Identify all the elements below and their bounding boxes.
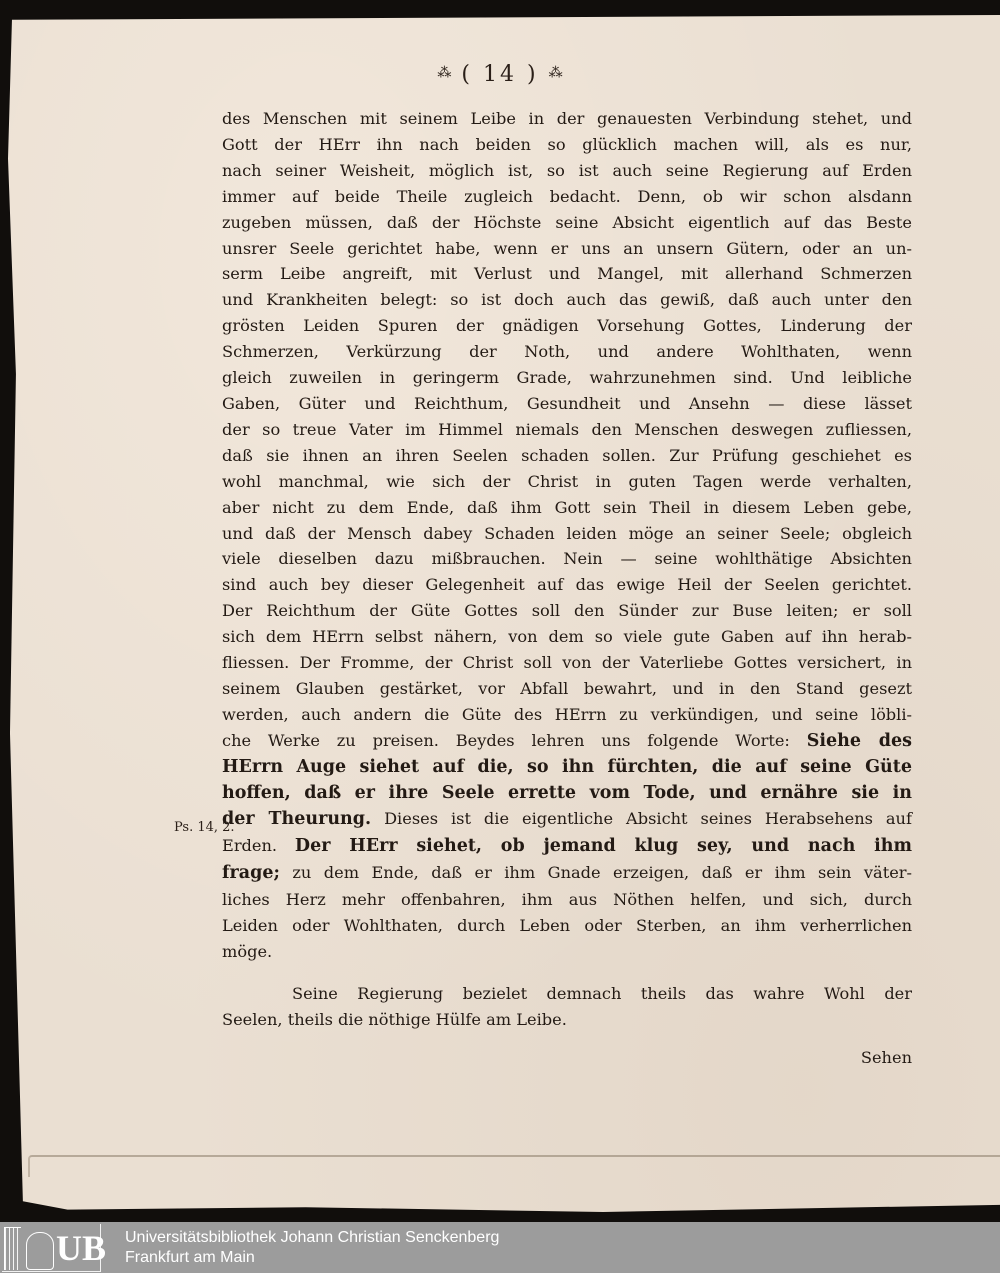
paper-damage-line <box>28 1155 1000 1177</box>
text-line: liches Herz mehr offenbahren, ihm aus Nö… <box>222 887 912 913</box>
portrait-bust-icon <box>26 1232 54 1270</box>
scripture-quote-line: hoffen, daß er ihre Seele errette vom To… <box>222 781 912 807</box>
text-line: sich dem HErrn selbst nähern, von dem so… <box>222 624 912 650</box>
text-line: möge. <box>222 939 912 965</box>
text-normal: che Werke zu preisen. Beydes lehren uns … <box>222 731 790 750</box>
text-line: Seine Regierung bezielet demnach theils … <box>222 981 912 1007</box>
text-line: der so treue Vater im Himmel niemals den… <box>222 417 912 443</box>
text-line: Gott der HErr ihn nach beiden so glückli… <box>222 132 912 158</box>
text-line: der Theurung. Dieses ist die eigentliche… <box>222 806 912 833</box>
page-header: ⁂ ( 14 ) ⁂ <box>0 62 1000 87</box>
text-line: che Werke zu preisen. Beydes lehren uns … <box>222 728 912 755</box>
institution-name: Universitätsbibliothek Johann Christian … <box>125 1228 499 1268</box>
scripture-quote-line: HErrn Auge siehet auf die, so ihn fürcht… <box>222 755 912 781</box>
scripture-quote: Siehe des <box>807 731 912 751</box>
text-line: seinem Glauben gestärket, vor Abfall bew… <box>222 676 912 702</box>
text-line: Schmerzen, Verkürzung der Noth, und ande… <box>222 339 912 365</box>
text-line: Seelen, theils die nöthige Hülfe am Leib… <box>222 1007 912 1033</box>
text-line: frage; zu dem Ende, daß er ihm Gnade erz… <box>222 860 912 887</box>
text-normal: zu dem Ende, daß er ihm Gnade erzeigen, … <box>292 863 912 882</box>
text-line: serm Leibe angreift, mit Verlust und Man… <box>222 261 912 287</box>
text-line: zugeben müssen, daß der Höchste seine Ab… <box>222 210 912 236</box>
paragraph-2: Seine Regierung bezielet demnach theils … <box>222 981 912 1033</box>
text-line: daß sie ihnen an ihren Seelen schaden so… <box>222 443 912 469</box>
text-line: aber nicht zu dem Ende, daß ihm Gott sei… <box>222 495 912 521</box>
body-text: des Menschen mit seinem Leibe in der gen… <box>222 106 912 1071</box>
text-line: fliessen. Der Fromme, der Christ soll vo… <box>222 650 912 676</box>
text-line: Erden. Der HErr siehet, ob jemand klug s… <box>222 833 912 860</box>
text-line: und Krankheiten belegt: so ist doch auch… <box>222 287 912 313</box>
institution-line-2: Frankfurt am Main <box>125 1248 499 1268</box>
text-line: sind auch bey dieser Gelegenheit auf das… <box>222 572 912 598</box>
pillars-icon <box>4 1227 21 1270</box>
page-number: ( 14 ) <box>461 62 538 87</box>
text-line: Gaben, Güter und Reichthum, Gesundheit u… <box>222 391 912 417</box>
text-line: werden, auch andern die Güte des HErrn z… <box>222 702 912 728</box>
text-normal: Erden. <box>222 836 277 855</box>
scripture-quote: der Theurung. <box>222 809 371 829</box>
scripture-quote: Der HErr siehet, ob jemand klug sey, und… <box>295 836 912 856</box>
text-line: nach seiner Weisheit, möglich ist, so is… <box>222 158 912 184</box>
text-line: wohl manchmal, wie sich der Christ in gu… <box>222 469 912 495</box>
text-line: gleich zuweilen in geringerm Grade, wahr… <box>222 365 912 391</box>
text-line: des Menschen mit seinem Leibe in der gen… <box>222 106 912 132</box>
scan-background: ⁂ ( 14 ) ⁂ Ps. 14, 2. des Menschen mit s… <box>0 0 1000 1222</box>
text-line: viele dieselben dazu mißbrauchen. Nein —… <box>222 546 912 572</box>
text-normal: Dieses ist die eigentliche Absicht seine… <box>384 809 912 828</box>
ornament-right-icon: ⁂ <box>549 65 563 81</box>
institution-line-1: Universitätsbibliothek Johann Christian … <box>125 1228 499 1248</box>
text-line: Leiden oder Wohlthaten, durch Leben oder… <box>222 913 912 939</box>
ub-logo[interactable]: UB <box>2 1224 101 1272</box>
text-line: immer auf beide Theile zugleich bedacht.… <box>222 184 912 210</box>
library-footer: UB Universitätsbibliothek Johann Christi… <box>0 1222 1000 1273</box>
scripture-quote: frage; <box>222 863 280 883</box>
catchword: Sehen <box>222 1045 912 1071</box>
text-line: unsrer Seele gerichtet habe, wenn er uns… <box>222 236 912 262</box>
text-line: und daß der Mensch dabey Schaden leiden … <box>222 521 912 547</box>
ub-logo-text: UB <box>56 1228 106 1268</box>
text-line: grösten Leiden Spuren der gnädigen Vorse… <box>222 313 912 339</box>
text-line: Der Reichthum der Güte Gottes soll den S… <box>222 598 912 624</box>
ornament-left-icon: ⁂ <box>437 65 451 81</box>
